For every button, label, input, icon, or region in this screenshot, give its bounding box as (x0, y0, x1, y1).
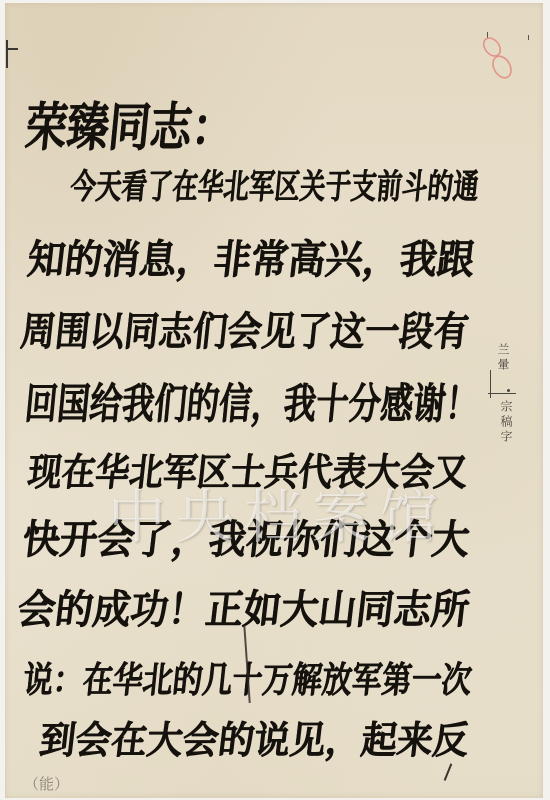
letter-line: 今天看了在华北军区关于支前斗的通 (69, 170, 480, 204)
letter-line: 回国给我们的信，我十分感谢！ (23, 383, 480, 425)
archive-tick-mark (528, 35, 529, 40)
letter-line: 周围以同志们会见了这一段有 (19, 312, 470, 352)
crop-mark-vertical (6, 40, 8, 68)
margin-annotation-dot (507, 389, 510, 392)
crop-mark-horizontal (6, 48, 18, 50)
salutation: 荣臻同志： (23, 102, 236, 154)
margin-annotation-upper: 兰暈 (497, 343, 509, 373)
margin-annotation-rule (488, 393, 516, 394)
letter-line: 会的成功！正如大山同志所 (15, 590, 471, 630)
page-number: 8 (476, 34, 518, 84)
margin-annotation-lower: 宗稿字 (500, 400, 512, 445)
archive-watermark: 中央档案馆 (108, 488, 448, 546)
footnote-mark: （能） (24, 777, 69, 792)
page-number-text: 8 (476, 34, 518, 84)
letter-line: 到会在大会的说见，起来反 (38, 721, 471, 759)
letter-line: 知的消息，非常高兴，我跟 (25, 240, 476, 280)
